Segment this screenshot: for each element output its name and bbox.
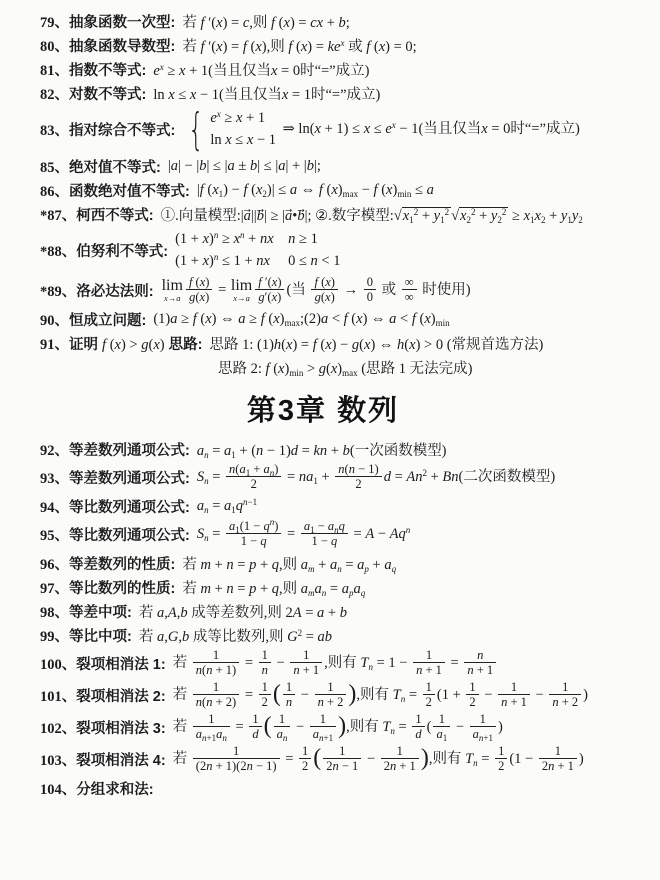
formula-line-91: 91、证明 f (x) > g(x) 思路:思路 1: (1)h(x) = f … [40, 332, 646, 355]
item-formula: ①.向量模型:|a⃗||b⃗| ≥ |a⃗•b⃗|; ②.数字模型:√x12 +… [161, 204, 583, 225]
item-label: 91、证明 f (x) > g(x) 思路: [40, 333, 202, 354]
item-label: 94、等比数列通项公式: [40, 496, 190, 517]
item-formula: 若 1n(n + 1) = 1n − 1n + 1,则有 Tn = 1 − 1n… [173, 649, 498, 678]
formula-line-82: 82、对数不等式:ln x ≤ x − 1(当且仅当x = 1时“=”成立) [40, 82, 646, 105]
formula-line-94: 94、等比数列通项公式:an = a1qn−1 [40, 495, 646, 518]
item-label: 83、指对综合不等式: [40, 119, 175, 140]
item-formula: an = a1 + (n − 1)d = kn + b(一次函数模型) [197, 439, 447, 460]
item-formula: limx→af (x)g(x) = limx→af ′(x)g′(x)(当 f … [161, 276, 471, 305]
item-label: *89、洛必达法则: [40, 280, 154, 301]
formula-sheet-page: 79、抽象函数一次型:若 f ′(x) = c,则 f (x) = cx + b… [0, 0, 660, 800]
item-label: 99、等比中项: [40, 625, 132, 646]
item-label: 104、分组求和法: [40, 778, 154, 799]
formula-line-96: 96、等差数列的性质:若 m + n = p + q,则 am + an = a… [40, 552, 646, 575]
item-formula: Sn = a1(1 − qn)1 − q = a1 − anq1 − q = A… [197, 520, 410, 549]
item-formula: Sn = n(a1 + an)2 = na1 + n(n − 1)2d = An… [197, 463, 555, 492]
item-formula: {ex ≥ x + 1ln x ≤ x − 1 ⇒ ln(x + 1) ≤ x … [182, 107, 579, 152]
item-label: 97、等比数列的性质: [40, 577, 175, 598]
item-label: *88、伯努利不等式: [40, 240, 168, 261]
item-label: 81、指数不等式: [40, 59, 146, 80]
formula-line-92: 92、等差数列通项公式:an = a1 + (n − 1)d = kn + b(… [40, 438, 646, 461]
item-label: 100、裂项相消法 1: [40, 653, 166, 674]
formula-line-101: 101、裂项相消法 2:若 1n(n + 2) = 12(1n − 1n + 2… [40, 681, 646, 710]
item-label: 93、等差数列通项公式: [40, 467, 190, 488]
formula-line-79: 79、抽象函数一次型:若 f ′(x) = c,则 f (x) = cx + b… [40, 10, 646, 33]
item-formula: 若 m + n = p + q,则 aman = apaq [182, 577, 365, 598]
formula-line-89: *89、洛必达法则:limx→af (x)g(x) = limx→af ′(x)… [40, 276, 646, 305]
document-body: 79、抽象函数一次型:若 f ′(x) = c,则 f (x) = cx + b… [40, 10, 646, 800]
formula-line-90: 90、恒成立问题:(1)a ≥ f (x) ⇔ a ≥ f (x)max;(2)… [40, 308, 646, 331]
formula-line-102: 102、裂项相消法 3:若 1an+1an = 1d(1an − 1an+1),… [40, 713, 646, 742]
item-label: 90、恒成立问题: [40, 309, 146, 330]
formula-line-93: 93、等差数列通项公式:Sn = n(a1 + an)2 = na1 + n(n… [40, 463, 646, 492]
item-formula: 若 f ′(x) = c,则 f (x) = cx + b; [182, 11, 349, 32]
item-formula: |a| − |b| ≤ |a ± b| ≤ |a| + |b|; [168, 158, 321, 175]
formula-line-80: 80、抽象函数导数型:若 f ′(x) = f (x),则 f (x) = ke… [40, 34, 646, 57]
item-formula: 思路 2: f (x)min > g(x)max (思路 1 无法完成) [218, 357, 472, 378]
item-label: 98、等差中项: [40, 601, 132, 622]
formula-line-86: 86、函数绝对值不等式:|f (x1) − f (x2)| ≤ a ⇔ f (x… [40, 179, 646, 202]
item-formula: 若 a,G,b 成等比数列,则 G2 = ab [139, 625, 332, 646]
item-formula: 若 m + n = p + q,则 am + an = ap + aq [182, 553, 396, 574]
item-label: 92、等差数列通项公式: [40, 439, 190, 460]
formula-line-81: 81、指数不等式:ex ≥ x + 1(当且仅当x = 0时“=”成立) [40, 58, 646, 81]
formula-line-98: 98、等差中项:若 a,A,b 成等差数列,则 2A = a + b [40, 600, 646, 623]
item-label: 80、抽象函数导数型: [40, 35, 175, 56]
formula-line-91b: 思路 2: f (x)min > g(x)max (思路 1 无法完成) [218, 356, 646, 379]
item-formula: |f (x1) − f (x2)| ≤ a ⇔ f (x)max − f (x)… [197, 182, 434, 199]
item-formula: an = a1qn−1 [197, 498, 257, 515]
item-formula: ex ≥ x + 1(当且仅当x = 0时“=”成立) [153, 59, 369, 80]
formula-line-103: 103、裂项相消法 4:若 1(2n + 1)(2n − 1) = 12(12n… [40, 745, 646, 774]
formula-line-104: 104、分组求和法: [40, 777, 646, 800]
item-label: 101、裂项相消法 2: [40, 685, 166, 706]
item-label: 86、函数绝对值不等式: [40, 180, 190, 201]
formula-line-88: *88、伯努利不等式:(1 + x)n ≥ xn + nx n ≥ 1(1 + … [40, 228, 646, 273]
item-formula: (1)a ≥ f (x) ⇔ a ≥ f (x)max;(2)a < f (x)… [153, 311, 449, 328]
item-label: 103、裂项相消法 4: [40, 749, 166, 770]
chapter-heading: 第3章 数列 [40, 388, 606, 429]
item-formula: 思路 1: (1)h(x) = f (x) − g(x) ⇔ h(x) > 0 … [209, 333, 543, 354]
item-label: 102、裂项相消法 3: [40, 717, 166, 738]
item-label: 96、等差数列的性质: [40, 553, 175, 574]
item-label: 82、对数不等式: [40, 83, 146, 104]
item-formula: 若 f ′(x) = f (x),则 f (x) = kex 或 f (x) =… [182, 35, 416, 56]
formula-line-99: 99、等比中项:若 a,G,b 成等比数列,则 G2 = ab [40, 624, 646, 647]
item-formula: (1 + x)n ≥ xn + nx n ≥ 1(1 + x)n ≤ 1 + n… [175, 228, 340, 273]
item-label: 95、等比数列通项公式: [40, 524, 190, 545]
formula-line-83: 83、指对综合不等式:{ex ≥ x + 1ln x ≤ x − 1 ⇒ ln(… [40, 107, 646, 152]
item-formula: 若 a,A,b 成等差数列,则 2A = a + b [139, 601, 347, 622]
formula-line-87: *87、柯西不等式:①.向量模型:|a⃗||b⃗| ≥ |a⃗•b⃗|; ②.数… [40, 203, 646, 226]
item-formula: 若 1an+1an = 1d(1an − 1an+1),则有 Tn = 1d(1… [173, 713, 503, 742]
formula-line-85: 85、绝对值不等式:|a| − |b| ≤ |a ± b| ≤ |a| + |b… [40, 155, 646, 178]
item-formula: 若 1(2n + 1)(2n − 1) = 12(12n − 1 − 12n +… [173, 745, 584, 774]
formula-line-97: 97、等比数列的性质:若 m + n = p + q,则 aman = apaq [40, 576, 646, 599]
item-label: 79、抽象函数一次型: [40, 11, 175, 32]
item-formula: 若 1n(n + 2) = 12(1n − 1n + 2),则有 Tn = 12… [173, 681, 588, 710]
item-label: *87、柯西不等式: [40, 204, 154, 225]
item-formula: ln x ≤ x − 1(当且仅当x = 1时“=”成立) [153, 83, 380, 104]
item-label: 85、绝对值不等式: [40, 156, 161, 177]
formula-line-95: 95、等比数列通项公式:Sn = a1(1 − qn)1 − q = a1 − … [40, 520, 646, 549]
formula-line-100: 100、裂项相消法 1:若 1n(n + 1) = 1n − 1n + 1,则有… [40, 649, 646, 678]
